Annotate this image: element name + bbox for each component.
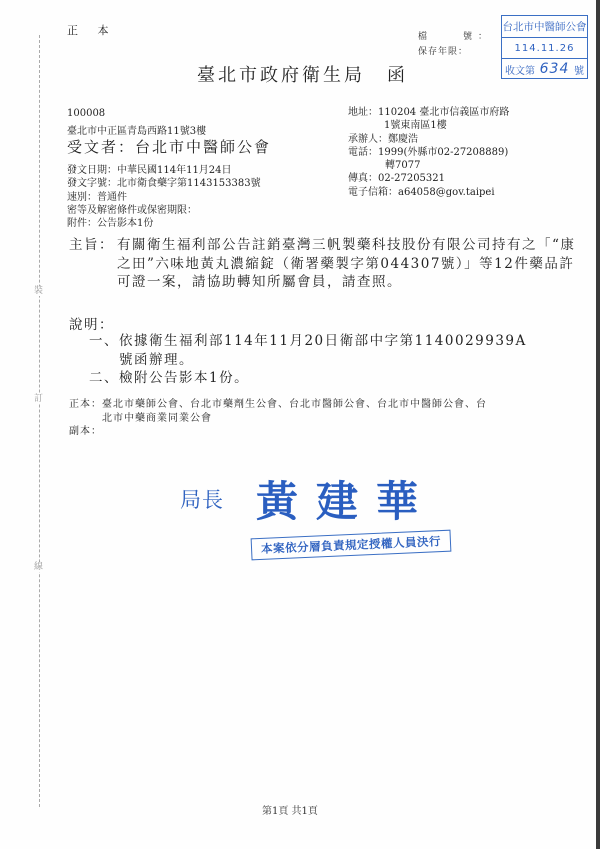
distribution-original-cont: 北市中藥商業同業公會 xyxy=(69,412,487,426)
recipient-label: 受文者： xyxy=(67,138,135,156)
stamp-number-suffix: 號 xyxy=(574,62,584,77)
binding-mark-1: 裝 xyxy=(34,286,43,296)
distribution-original: 正本：臺北市藥師公會、台北市藥劑生公會、台北市醫師公會、台北市中醫師公會、台 xyxy=(69,398,487,412)
issuing-agency: 臺北市政府衛生局 xyxy=(197,65,365,86)
document-title: 臺北市政府衛生局函 xyxy=(197,61,408,87)
issue-date: 發文日期：中華民國114年11月24日 xyxy=(67,164,261,177)
subject-block: 主旨： 有關衛生福利部公告註銷臺灣三帆製藥科技股份有限公司持有之「“康之田”六味… xyxy=(69,236,589,292)
stamp-date: 114.11.26 xyxy=(502,37,587,58)
retention-label: 保存年限： xyxy=(418,44,468,57)
document-meta: 發文日期：中華民國114年11月24日 發文字號：北市衛食藥字第11431533… xyxy=(67,164,261,230)
explanation-item-number: 二、 xyxy=(69,369,119,388)
explanation-item-2: 二、檢附公告影本1份。 xyxy=(69,369,527,388)
document-number: 發文字號：北市衛食藥字第1143153383號 xyxy=(67,177,261,190)
explanation-item-text: 依據衛生福利部114年11月20日衛部中字第1140029939A xyxy=(119,333,527,349)
attachment: 附件：公告影本1份 xyxy=(67,217,261,230)
receipt-stamp: 台北市中醫師公會 114.11.26 收文第 634 號 xyxy=(501,15,588,79)
signature-name: 黃建華 xyxy=(256,469,436,529)
document-type: 函 xyxy=(387,65,408,86)
sender-zip: 100008 xyxy=(67,108,105,119)
page-number: 第1頁 共1頁 xyxy=(262,802,318,817)
recipient: 受文者：台北市中醫師公會 xyxy=(67,136,271,157)
stamp-number-prefix: 收文第 xyxy=(505,62,535,77)
authorization-stamp: 本案依分層負責規定授權人員決行 xyxy=(251,530,452,561)
explanation-item-text: 檢附公告影本1份。 xyxy=(119,370,249,386)
binding-line xyxy=(39,35,40,807)
explanation-item-1-cont: 號函辦理。 xyxy=(69,351,527,370)
confidentiality: 密等及解密條件或保密期限： xyxy=(67,204,261,217)
explanation-items: 一、依據衛生福利部114年11月20日衛部中字第1140029939A 號函辦理… xyxy=(69,332,527,388)
binding-mark-2: 訂 xyxy=(34,394,43,404)
explanation-item-1: 一、依據衛生福利部114年11月20日衛部中字第1140029939A xyxy=(69,332,527,351)
priority: 速別：普通件 xyxy=(67,191,261,204)
explanation-label: 說明： xyxy=(69,313,114,333)
copy-label: 正 本 xyxy=(67,22,117,38)
recipient-name: 台北市中醫師公會 xyxy=(135,138,271,156)
distribution: 正本：臺北市藥師公會、台北市藥劑生公會、台北市醫師公會、台北市中醫師公會、台 北… xyxy=(69,398,487,439)
explanation-item-number: 一、 xyxy=(69,332,119,351)
stamp-org: 台北市中醫師公會 xyxy=(502,16,587,37)
signature-title: 局長 xyxy=(180,484,224,514)
distribution-copy: 副本： xyxy=(69,425,487,439)
subject-text: 有關衛生福利部公告註銷臺灣三帆製藥科技股份有限公司持有之「“康之田”六味地黃丸濃… xyxy=(117,236,589,292)
contact-phone-2: 轉7077 xyxy=(348,159,509,172)
scan-edge xyxy=(596,0,600,849)
contact-handler: 承辦人：鄭慶浩 xyxy=(348,133,509,146)
contact-email: 電子信箱：a64058@gov.taipei xyxy=(348,186,509,199)
contact-info: 地址：110204 臺北市信義區市府路 1號東南區1樓 承辦人：鄭慶浩 電話：1… xyxy=(348,106,509,199)
stamp-number: 收文第 634 號 xyxy=(502,58,587,79)
contact-address-1: 地址：110204 臺北市信義區市府路 xyxy=(348,106,509,119)
contact-phone-1: 電話：1999(外縣市02-27208889) xyxy=(348,146,509,159)
stamp-number-value: 634 xyxy=(540,61,570,77)
subject-label: 主旨： xyxy=(69,236,117,292)
file-number-label: 檔 號： xyxy=(418,29,493,42)
document-page: 裝 訂 線 正 本 檔 號： 保存年限： 台北市中醫師公會 114.11.26 … xyxy=(0,0,600,849)
explanation-item-text-cont: 號函辦理。 xyxy=(119,352,194,368)
contact-address-2: 1號東南區1樓 xyxy=(348,119,509,132)
contact-fax: 傳真：02-27205321 xyxy=(348,172,509,185)
sender-address: 臺北市中正區青島西路11號3樓 xyxy=(67,122,206,137)
binding-mark-3: 線 xyxy=(34,562,43,572)
